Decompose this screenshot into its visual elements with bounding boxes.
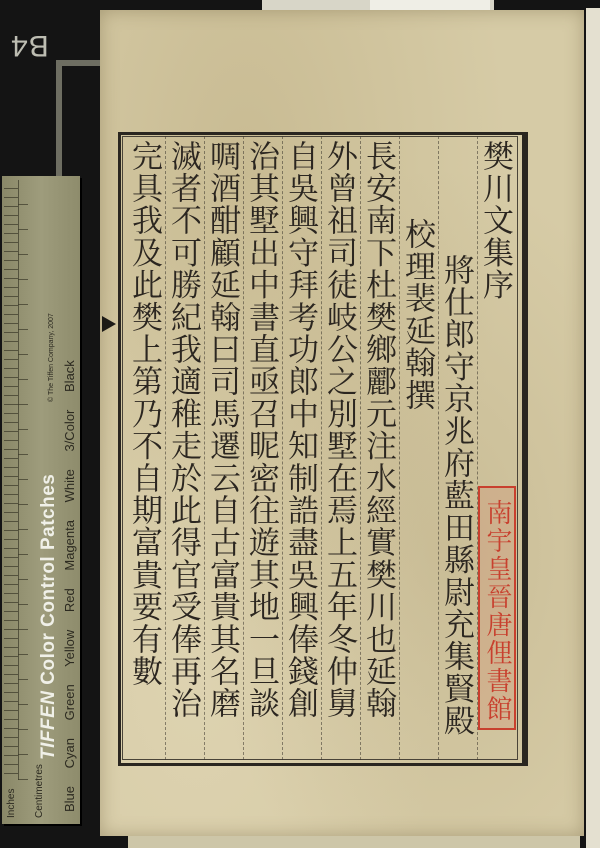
inch-ruler-ticks: [4, 180, 19, 780]
brand-name: TIFFEN: [38, 691, 59, 761]
text-column: 外曾祖司徒岐公之別墅在焉上五年冬仲舅: [320, 140, 358, 720]
centimetres-label: Centimetres: [34, 764, 45, 818]
text-column-author-title: 將仕郎守京兆府藍田縣尉充集賢殿: [437, 254, 475, 737]
patch-magenta: Magenta: [62, 520, 77, 571]
adjacent-page-edge: [586, 8, 600, 848]
fold-marker: [102, 316, 116, 332]
strip-title: Color Control Patches: [38, 474, 59, 685]
tiffen-brand: TIFFEN Color Control Patches: [38, 474, 60, 760]
top-paper-edge-light: [370, 0, 490, 10]
text-column: 完具我及此樊上第乃不自期富貴要有數: [125, 140, 163, 687]
copyright-text: © The Tiffen Company, 2007: [48, 313, 55, 402]
inches-label: Inches: [6, 789, 17, 818]
patch-labels: Blue Cyan Green Yellow Red Magenta White…: [62, 360, 77, 812]
text-column-author-name: 校理裴延翰撰: [398, 218, 436, 411]
text-column: 長安南下杜樊鄉酈元注水經實樊川也延翰: [359, 140, 397, 720]
background-label: B4: [10, 28, 49, 62]
patch-green: Green: [62, 684, 77, 720]
text-column: 治其墅出中書直亟召昵密往遊其地一旦談: [242, 140, 280, 720]
text-column: 啁酒酣顧延翰曰司馬遷云自古富貴其名磨: [203, 140, 241, 720]
text-column: 滅者不可勝紀我適稚走於此得官受俸再治: [164, 140, 202, 720]
cm-ruler-ticks: [18, 180, 28, 780]
text-column: 自吳興守拜考功郎中知制誥盡吳興俸錢創: [281, 140, 319, 720]
collector-seal: 南宇皇晉唐俚書館: [478, 486, 516, 730]
patch-cyan: Cyan: [62, 738, 77, 768]
document-title: 樊川文集序: [476, 140, 514, 301]
patch-white: White: [62, 469, 77, 502]
patch-yellow: Yellow: [62, 630, 77, 667]
patch-blue: Blue: [62, 786, 77, 812]
patch-red: Red: [62, 588, 77, 612]
patch-3color: 3/Color: [62, 410, 77, 452]
patch-black: Black: [62, 360, 77, 392]
